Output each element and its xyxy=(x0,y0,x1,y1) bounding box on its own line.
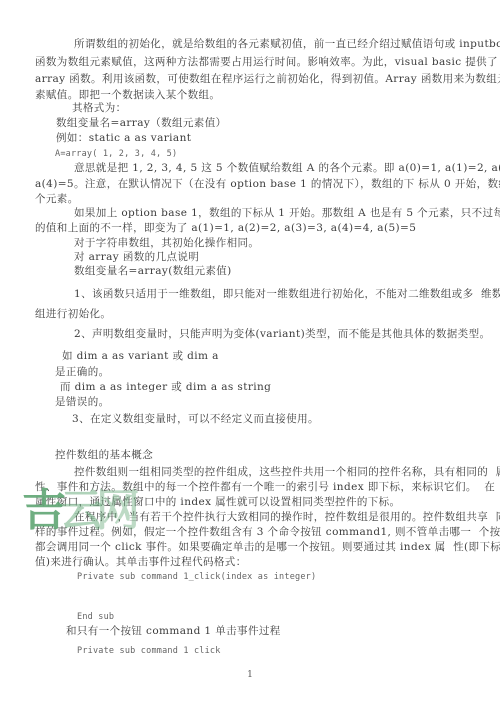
text-line: 的值和上面的不一样，即变为了 a(1)=1, a(2)=2, a(3)=3, a… xyxy=(35,222,416,235)
text-line: 如果加上 option base 1，数组的下标从 1 开始。那数组 A 也是有… xyxy=(74,207,500,220)
text-line: 对 array 函数的几点说明 xyxy=(74,251,199,264)
text-line: Private sub command 1 click xyxy=(77,646,221,657)
text-line: 值)来进行确认。其单击事件过程代码格式： xyxy=(35,556,247,569)
text-line: 如 dim a as variant 或 dim a xyxy=(62,350,219,363)
text-line: End sub xyxy=(77,612,114,623)
text-line: 素赋值。即把一个数据读入某个数组。 xyxy=(35,89,220,102)
text-line: a(4)=5。注意，在默认情况下（在没有 option base 1 的情况下）… xyxy=(35,178,500,191)
text-line: 其格式为： xyxy=(72,102,127,115)
text-line: 数组变量名=array(数组元素值) xyxy=(74,265,232,278)
text-line: 函数为数组元素赋值，这两种方法都需要占用运行时间。影响效率。为此，visual … xyxy=(35,56,498,69)
text-line: 属性窗口，通过属性窗口中的 index 属性就可以设置相同类型控件的下标。 xyxy=(35,496,400,509)
text-line: 性、事件和方法。数组中的每一个控件都有一个唯一的索引号 index 即下标，来标… xyxy=(35,481,495,494)
text-line: 数组变量名=array（数组元素值） xyxy=(56,117,227,130)
text-line: 控件数组的基本概念 xyxy=(55,449,153,462)
text-line: 对于字符串数组，其初始化操作相同。 xyxy=(74,237,259,250)
text-line: 例如：static a as variant xyxy=(56,132,191,145)
text-line: 1、该函数只适用于一维数组，即只能对一维数组进行初始化，不能对二维数组或多 维数 xyxy=(74,288,500,301)
text-line: 意思就是把 1, 2, 3, 4, 5 这 5 个数值赋给数组 A 的各个元素。… xyxy=(74,162,500,175)
text-line: 控件数组则一组相同类型的控件组成，这些控件共用一个相同的控件名称，具有相同的 属 xyxy=(74,466,500,479)
text-line: array 函数。利用该函数，可使数组在程序运行之前初始化，得到初值。Array… xyxy=(35,73,500,86)
page-number: 1 xyxy=(0,670,500,680)
text-line: 都会调用同一个 click 事件。如果要确定单击的是哪一个按钮。则要通过其 in… xyxy=(35,541,500,554)
text-line: A=array( 1, 2, 3, 4, 5) xyxy=(55,149,177,160)
text-line: 个元素。 xyxy=(35,193,79,206)
text-line: 3、在定义数组变量时，可以不经定义而直接使用。 xyxy=(72,413,319,426)
text-line: 所谓数组的初始化，就是给数组的各元素赋初值，前一直已经介绍过赋值语句或 inpu… xyxy=(74,38,500,51)
text-line: 是错误的。 xyxy=(55,396,110,409)
document-page: 所谓数组的初始化，就是给数组的各元素赋初值，前一直已经介绍过赋值语句或 inpu… xyxy=(0,0,500,707)
text-line: 2、声明数组变量时，只能声明为变体(variant)类型，而不能是其他具体的数据… xyxy=(74,328,490,341)
text-line: 组进行初始化。 xyxy=(35,308,111,321)
text-line: 和只有一个按钮 command 1 单击事件过程 xyxy=(66,625,281,638)
text-line: 样的事件过程。例如，假定一个控件数组含有 3 个命令按钮 command1, 则… xyxy=(35,526,500,539)
text-line: 是正确的。 xyxy=(55,366,110,379)
text-line: 而 dim a as integer 或 dim a as string xyxy=(60,381,271,394)
text-line: 在程序中，当有若干个控件执行大致相同的操作时，控件数组是很用的。控件数组共享 同 xyxy=(74,511,500,524)
text-line: Private sub command 1_click(index as int… xyxy=(77,572,316,583)
